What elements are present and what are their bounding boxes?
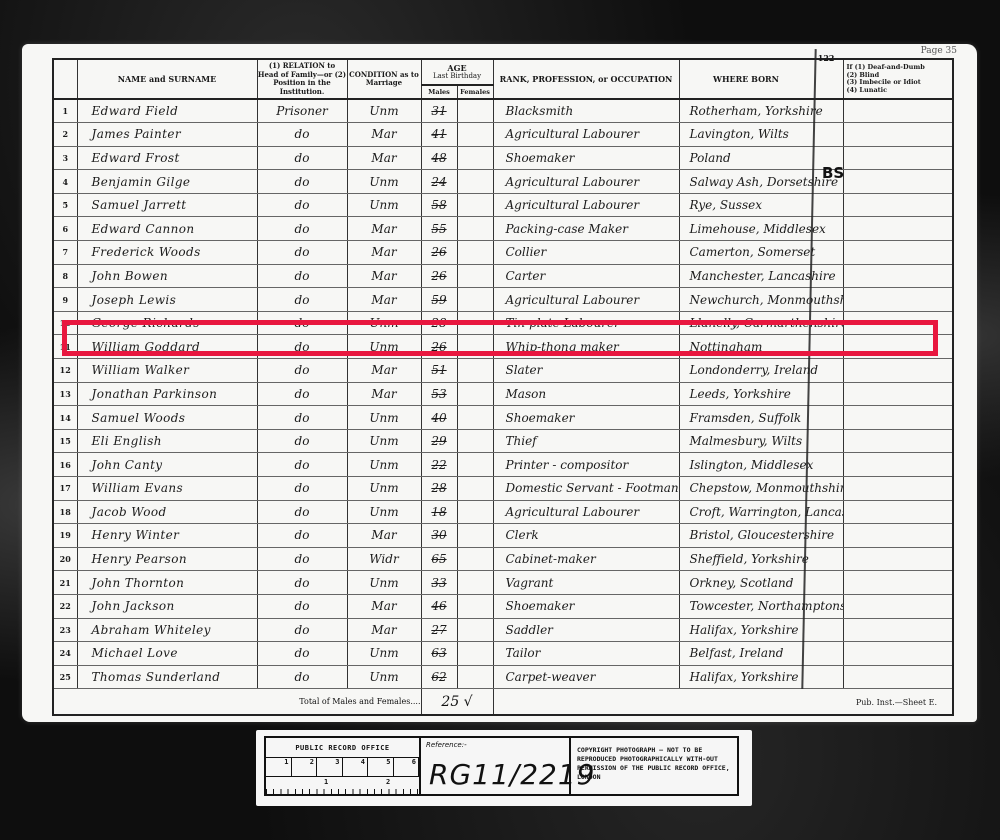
birthplace: Nottingham: [679, 335, 843, 359]
col-header-females: Females: [457, 85, 493, 99]
age-female: [457, 359, 493, 383]
age-female: [457, 429, 493, 453]
age-female: [457, 477, 493, 501]
age-male: 48: [421, 146, 457, 170]
row-number: 25: [53, 665, 77, 689]
pro-title: PUBLIC RECORD OFFICE: [266, 738, 419, 758]
relation: do: [257, 123, 347, 147]
marital-condition: Unm: [347, 406, 421, 430]
age-male: 65: [421, 547, 457, 571]
age-female: [457, 123, 493, 147]
occupation: Whip-thong maker: [493, 335, 679, 359]
age-male: 55: [421, 217, 457, 241]
age-female: [457, 571, 493, 595]
disability: [843, 241, 953, 265]
age-female: [457, 241, 493, 265]
marital-condition: Unm: [347, 170, 421, 194]
row-number: 14: [53, 406, 77, 430]
cm-tick: 5: [368, 758, 394, 776]
marital-condition: Unm: [347, 429, 421, 453]
occupation: Agricultural Labourer: [493, 193, 679, 217]
occupation: Shoemaker: [493, 594, 679, 618]
person-name: Henry Winter: [77, 524, 257, 548]
age-male: 58: [421, 193, 457, 217]
age-male: 27: [421, 618, 457, 642]
person-name: John Thornton: [77, 571, 257, 595]
row-number: 17: [53, 477, 77, 501]
age-male: 26: [421, 264, 457, 288]
census-row: 10George RichardsdoUnm28Tin-plate Labour…: [53, 311, 953, 335]
marital-condition: Mar: [347, 241, 421, 265]
person-name: John Canty: [77, 453, 257, 477]
relation: do: [257, 406, 347, 430]
age-male: 41: [421, 123, 457, 147]
census-row: 13Jonathan ParkinsondoMar53MasonLeeds, Y…: [53, 382, 953, 406]
row-number: 9: [53, 288, 77, 312]
occupation: Vagrant: [493, 571, 679, 595]
marital-condition: Mar: [347, 524, 421, 548]
relation: do: [257, 524, 347, 548]
row-number: 6: [53, 217, 77, 241]
birthplace: Framsden, Suffolk: [679, 406, 843, 430]
marital-condition: Mar: [347, 382, 421, 406]
disability: [843, 665, 953, 689]
birthplace: Orkney, Scotland: [679, 571, 843, 595]
row-number: 4: [53, 170, 77, 194]
age-female: [457, 406, 493, 430]
col-header-where-born: WHERE BORN 122: [679, 59, 843, 99]
census-row: 14Samuel WoodsdoUnm40ShoemakerFramsden, …: [53, 406, 953, 430]
archive-label: PUBLIC RECORD OFFICE 123456 12 Reference…: [256, 730, 752, 806]
age-female: [457, 217, 493, 241]
age-title: AGE: [422, 64, 493, 73]
disability: [843, 311, 953, 335]
age-female: [457, 264, 493, 288]
row-number: 20: [53, 547, 77, 571]
cm-tick: 2: [292, 758, 318, 776]
relation: do: [257, 241, 347, 265]
row-number: 1: [53, 99, 77, 123]
age-female: [457, 335, 493, 359]
disability: [843, 217, 953, 241]
row-number: 3: [53, 146, 77, 170]
col-header-relation: (1) RELATION to Head of Family—or (2) Po…: [257, 59, 347, 99]
marital-condition: Unm: [347, 311, 421, 335]
census-row: 21John ThorntondoUnm33VagrantOrkney, Sco…: [53, 571, 953, 595]
birthplace: Newchurch, Monmouthshire: [679, 288, 843, 312]
age-subtitle: Last Birthday: [422, 72, 493, 81]
birthplace: Towcester, Northamptonshire: [679, 594, 843, 618]
census-row: 1Edward FieldPrisonerUnm31BlacksmithRoth…: [53, 99, 953, 123]
relation: Prisoner: [257, 99, 347, 123]
relation: do: [257, 288, 347, 312]
col-header-disability: If (1) Deaf-and-Dumb (2) Blind (3) Imbec…: [843, 59, 953, 99]
age-female: [457, 500, 493, 524]
occupation: Tin-plate Labourer: [493, 311, 679, 335]
relation: do: [257, 571, 347, 595]
person-name: Edward Frost: [77, 146, 257, 170]
occupation: Blacksmith: [493, 99, 679, 123]
age-female: [457, 618, 493, 642]
row-number: 2: [53, 123, 77, 147]
age-female: [457, 665, 493, 689]
census-row: 7Frederick WoodsdoMar26CollierCamerton, …: [53, 241, 953, 265]
birthplace: Sheffield, Yorkshire: [679, 547, 843, 571]
marital-condition: Mar: [347, 288, 421, 312]
census-row: 4Benjamin GilgedoUnm24Agricultural Labou…: [53, 170, 953, 194]
occupation: Saddler: [493, 618, 679, 642]
row-number: 18: [53, 500, 77, 524]
schedule-number: 122: [818, 54, 835, 63]
occupation: Agricultural Labourer: [493, 500, 679, 524]
birthplace: Malmesbury, Wilts: [679, 429, 843, 453]
person-name: John Jackson: [77, 594, 257, 618]
inch-scale: 12: [266, 777, 419, 794]
age-male: 29: [421, 429, 457, 453]
disability: [843, 594, 953, 618]
marital-condition: Unm: [347, 193, 421, 217]
age-female: [457, 642, 493, 666]
birthplace: Limehouse, Middlesex: [679, 217, 843, 241]
occupation: Collier: [493, 241, 679, 265]
occupation: Tailor: [493, 642, 679, 666]
birthplace: Croft, Warrington, Lancashire: [679, 500, 843, 524]
person-name: William Walker: [77, 359, 257, 383]
occupation: Packing-case Maker: [493, 217, 679, 241]
occupation: Domestic Servant - Footman: [493, 477, 679, 501]
census-row: 25Thomas SunderlanddoUnm62Carpet-weaverH…: [53, 665, 953, 689]
marital-condition: Mar: [347, 217, 421, 241]
disability: [843, 406, 953, 430]
reference-label: Reference:-: [426, 741, 467, 749]
row-number: 21: [53, 571, 77, 595]
marital-condition: Unm: [347, 500, 421, 524]
age-female: [457, 193, 493, 217]
disability: [843, 547, 953, 571]
marital-condition: Mar: [347, 146, 421, 170]
census-row: 22John JacksondoMar46ShoemakerTowcester,…: [53, 594, 953, 618]
disability: [843, 453, 953, 477]
disability: [843, 193, 953, 217]
relation: do: [257, 429, 347, 453]
relation: do: [257, 264, 347, 288]
occupation: Mason: [493, 382, 679, 406]
relation: do: [257, 665, 347, 689]
marital-condition: Unm: [347, 665, 421, 689]
relation: do: [257, 217, 347, 241]
person-name: George Richards: [77, 311, 257, 335]
inch-tick: 2: [386, 778, 390, 786]
marital-condition: Mar: [347, 618, 421, 642]
census-row: 20Henry PearsondoWidr65Cabinet-makerShef…: [53, 547, 953, 571]
disability: [843, 524, 953, 548]
census-row: 8John BowendoMar26CarterManchester, Lanc…: [53, 264, 953, 288]
person-name: Michael Love: [77, 642, 257, 666]
age-male: 28: [421, 311, 457, 335]
birthplace: Salway Ash, Dorsetshire: [679, 170, 843, 194]
age-female: [457, 146, 493, 170]
cm-tick: 4: [343, 758, 369, 776]
col-header-age: AGE Last Birthday: [421, 59, 493, 85]
relation: do: [257, 477, 347, 501]
birthplace: Lavington, Wilts: [679, 123, 843, 147]
age-female: [457, 594, 493, 618]
census-sheet: Page 35 NAME and SURNAME (1) RELATION to…: [22, 44, 977, 722]
total-label: Total of Males and Females....: [53, 689, 421, 715]
row-number: 19: [53, 524, 77, 548]
cm-scale: 123456: [266, 758, 419, 777]
census-row: 3Edward FrostdoMar48ShoemakerPoland: [53, 146, 953, 170]
disability: [843, 99, 953, 123]
person-name: Benjamin Gilge: [77, 170, 257, 194]
marital-condition: Mar: [347, 359, 421, 383]
row-number: 12: [53, 359, 77, 383]
row-number: 8: [53, 264, 77, 288]
marital-condition: Mar: [347, 594, 421, 618]
relation: do: [257, 359, 347, 383]
census-table: NAME and SURNAME (1) RELATION to Head of…: [52, 58, 954, 716]
marital-condition: Unm: [347, 99, 421, 123]
inch-tick: 1: [324, 778, 328, 786]
copyright-notice: COPYRIGHT PHOTOGRAPH – NOT TO BE REPRODU…: [571, 738, 737, 794]
census-row: 16John CantydoUnm22Printer - compositorI…: [53, 453, 953, 477]
census-row: 5Samuel JarrettdoUnm58Agricultural Labou…: [53, 193, 953, 217]
person-name: Frederick Woods: [77, 241, 257, 265]
census-rows: 1Edward FieldPrisonerUnm31BlacksmithRoth…: [53, 99, 953, 689]
footer-note: Pub. Inst.—Sheet E.: [856, 698, 937, 707]
person-name: Eli English: [77, 429, 257, 453]
occupation: Agricultural Labourer: [493, 170, 679, 194]
census-row: 2James PainterdoMar41Agricultural Labour…: [53, 123, 953, 147]
row-number: 5: [53, 193, 77, 217]
row-number: 23: [53, 618, 77, 642]
occupation: Shoemaker: [493, 146, 679, 170]
census-row: 11William GoddarddoUnm26Whip-thong maker…: [53, 335, 953, 359]
occupation: Cabinet-maker: [493, 547, 679, 571]
census-row: 12William WalkerdoMar51SlaterLondonderry…: [53, 359, 953, 383]
row-number: 16: [53, 453, 77, 477]
pencil-annotation: BS: [822, 164, 844, 182]
birthplace: Bristol, Gloucestershire: [679, 524, 843, 548]
disability: [843, 618, 953, 642]
disability: [843, 642, 953, 666]
birthplace: Manchester, Lancashire: [679, 264, 843, 288]
disability: [843, 264, 953, 288]
col-header-males: Males: [421, 85, 457, 99]
disability: [843, 477, 953, 501]
census-row: 15Eli EnglishdoUnm29ThiefMalmesbury, Wil…: [53, 429, 953, 453]
marital-condition: Mar: [347, 123, 421, 147]
census-row: 19Henry WinterdoMar30ClerkBristol, Glouc…: [53, 524, 953, 548]
age-male: 22: [421, 453, 457, 477]
row-number: 10: [53, 311, 77, 335]
age-female: [457, 547, 493, 571]
relation: do: [257, 594, 347, 618]
age-male: 26: [421, 241, 457, 265]
marital-condition: Unm: [347, 453, 421, 477]
occupation: Clerk: [493, 524, 679, 548]
relation: do: [257, 311, 347, 335]
archive-label-frame: PUBLIC RECORD OFFICE 123456 12 Reference…: [264, 736, 739, 796]
person-name: William Goddard: [77, 335, 257, 359]
relation: do: [257, 193, 347, 217]
row-number: 13: [53, 382, 77, 406]
occupation: Agricultural Labourer: [493, 123, 679, 147]
marital-condition: Unm: [347, 335, 421, 359]
disability: [843, 429, 953, 453]
relation: do: [257, 500, 347, 524]
birthplace: Islington, Middlesex: [679, 453, 843, 477]
age-female: [457, 288, 493, 312]
age-male: 62: [421, 665, 457, 689]
total-row: Total of Males and Females.... 25 √: [53, 689, 953, 715]
relation: do: [257, 547, 347, 571]
reference-box: Reference:- RG11/2219: [421, 738, 571, 794]
birthplace: Halifax, Yorkshire: [679, 618, 843, 642]
age-male: 59: [421, 288, 457, 312]
col-header-condition: CONDITION as to Marriage: [347, 59, 421, 99]
person-name: William Evans: [77, 477, 257, 501]
disability: [843, 335, 953, 359]
birthplace: Londonderry, Ireland: [679, 359, 843, 383]
row-number: 24: [53, 642, 77, 666]
relation: do: [257, 642, 347, 666]
marital-condition: Unm: [347, 477, 421, 501]
disability: [843, 500, 953, 524]
occupation: Shoemaker: [493, 406, 679, 430]
age-male: 26: [421, 335, 457, 359]
age-female: [457, 382, 493, 406]
cm-tick: 6: [394, 758, 420, 776]
person-name: Abraham Whiteley: [77, 618, 257, 642]
person-name: Thomas Sunderland: [77, 665, 257, 689]
age-female: [457, 170, 493, 194]
age-female: [457, 99, 493, 123]
age-male: 46: [421, 594, 457, 618]
row-number: 15: [53, 429, 77, 453]
person-name: Jacob Wood: [77, 500, 257, 524]
relation: do: [257, 170, 347, 194]
row-number: 11: [53, 335, 77, 359]
age-male: 28: [421, 477, 457, 501]
person-name: Joseph Lewis: [77, 288, 257, 312]
col-header-number: [53, 59, 77, 99]
birthplace: Rye, Sussex: [679, 193, 843, 217]
age-male: 40: [421, 406, 457, 430]
age-female: [457, 311, 493, 335]
total-value: 25 √: [421, 689, 493, 715]
census-row: 18Jacob WooddoUnm18Agricultural Labourer…: [53, 500, 953, 524]
reference-value: RG11/2219: [429, 758, 595, 791]
page-label: Page 35: [921, 46, 957, 56]
relation: do: [257, 382, 347, 406]
age-male: 53: [421, 382, 457, 406]
disability: [843, 123, 953, 147]
occupation: Agricultural Labourer: [493, 288, 679, 312]
person-name: Samuel Woods: [77, 406, 257, 430]
person-name: Jonathan Parkinson: [77, 382, 257, 406]
census-row: 24Michael LovedoUnm63TailorBelfast, Irel…: [53, 642, 953, 666]
where-born-label: WHERE BORN: [680, 75, 843, 84]
birthplace: Belfast, Ireland: [679, 642, 843, 666]
marital-condition: Unm: [347, 642, 421, 666]
disability: [843, 359, 953, 383]
census-row: 9Joseph LewisdoMar59Agricultural Laboure…: [53, 288, 953, 312]
person-name: James Painter: [77, 123, 257, 147]
occupation: Printer - compositor: [493, 453, 679, 477]
occupation: Carpet-weaver: [493, 665, 679, 689]
person-name: Edward Field: [77, 99, 257, 123]
occupation: Thief: [493, 429, 679, 453]
birthplace: Halifax, Yorkshire: [679, 665, 843, 689]
person-name: Edward Cannon: [77, 217, 257, 241]
row-number: 7: [53, 241, 77, 265]
birthplace: Chepstow, Monmouthshire: [679, 477, 843, 501]
disability: [843, 382, 953, 406]
occupation: Slater: [493, 359, 679, 383]
disability: [843, 571, 953, 595]
occupation: Carter: [493, 264, 679, 288]
age-male: 51: [421, 359, 457, 383]
age-male: 63: [421, 642, 457, 666]
relation: do: [257, 146, 347, 170]
marital-condition: Unm: [347, 571, 421, 595]
row-number: 22: [53, 594, 77, 618]
census-row: 23Abraham WhiteleydoMar27SaddlerHalifax,…: [53, 618, 953, 642]
census-row: 17William EvansdoUnm28Domestic Servant -…: [53, 477, 953, 501]
person-name: John Bowen: [77, 264, 257, 288]
age-male: 18: [421, 500, 457, 524]
col-header-name: NAME and SURNAME: [77, 59, 257, 99]
age-male: 33: [421, 571, 457, 595]
birthplace: Poland: [679, 146, 843, 170]
person-name: Henry Pearson: [77, 547, 257, 571]
relation: do: [257, 335, 347, 359]
birthplace: Camerton, Somerset: [679, 241, 843, 265]
pro-box: PUBLIC RECORD OFFICE 123456 12: [266, 738, 421, 794]
age-male: 30: [421, 524, 457, 548]
relation: do: [257, 618, 347, 642]
age-male: 31: [421, 99, 457, 123]
age-female: [457, 453, 493, 477]
marital-condition: Widr: [347, 547, 421, 571]
disability: [843, 288, 953, 312]
relation: do: [257, 453, 347, 477]
cm-tick: 1: [266, 758, 292, 776]
disability: [843, 146, 953, 170]
age-male: 24: [421, 170, 457, 194]
cm-tick: 3: [317, 758, 343, 776]
col-header-occupation: RANK, PROFESSION, or OCCUPATION: [493, 59, 679, 99]
birthplace: Leeds, Yorkshire: [679, 382, 843, 406]
birthplace: Rotherham, Yorkshire: [679, 99, 843, 123]
marital-condition: Mar: [347, 264, 421, 288]
birthplace: Llanelly, Carmarthenshire: [679, 311, 843, 335]
age-female: [457, 524, 493, 548]
census-row: 6Edward CannondoMar55Packing-case MakerL…: [53, 217, 953, 241]
disability: [843, 170, 953, 194]
person-name: Samuel Jarrett: [77, 193, 257, 217]
